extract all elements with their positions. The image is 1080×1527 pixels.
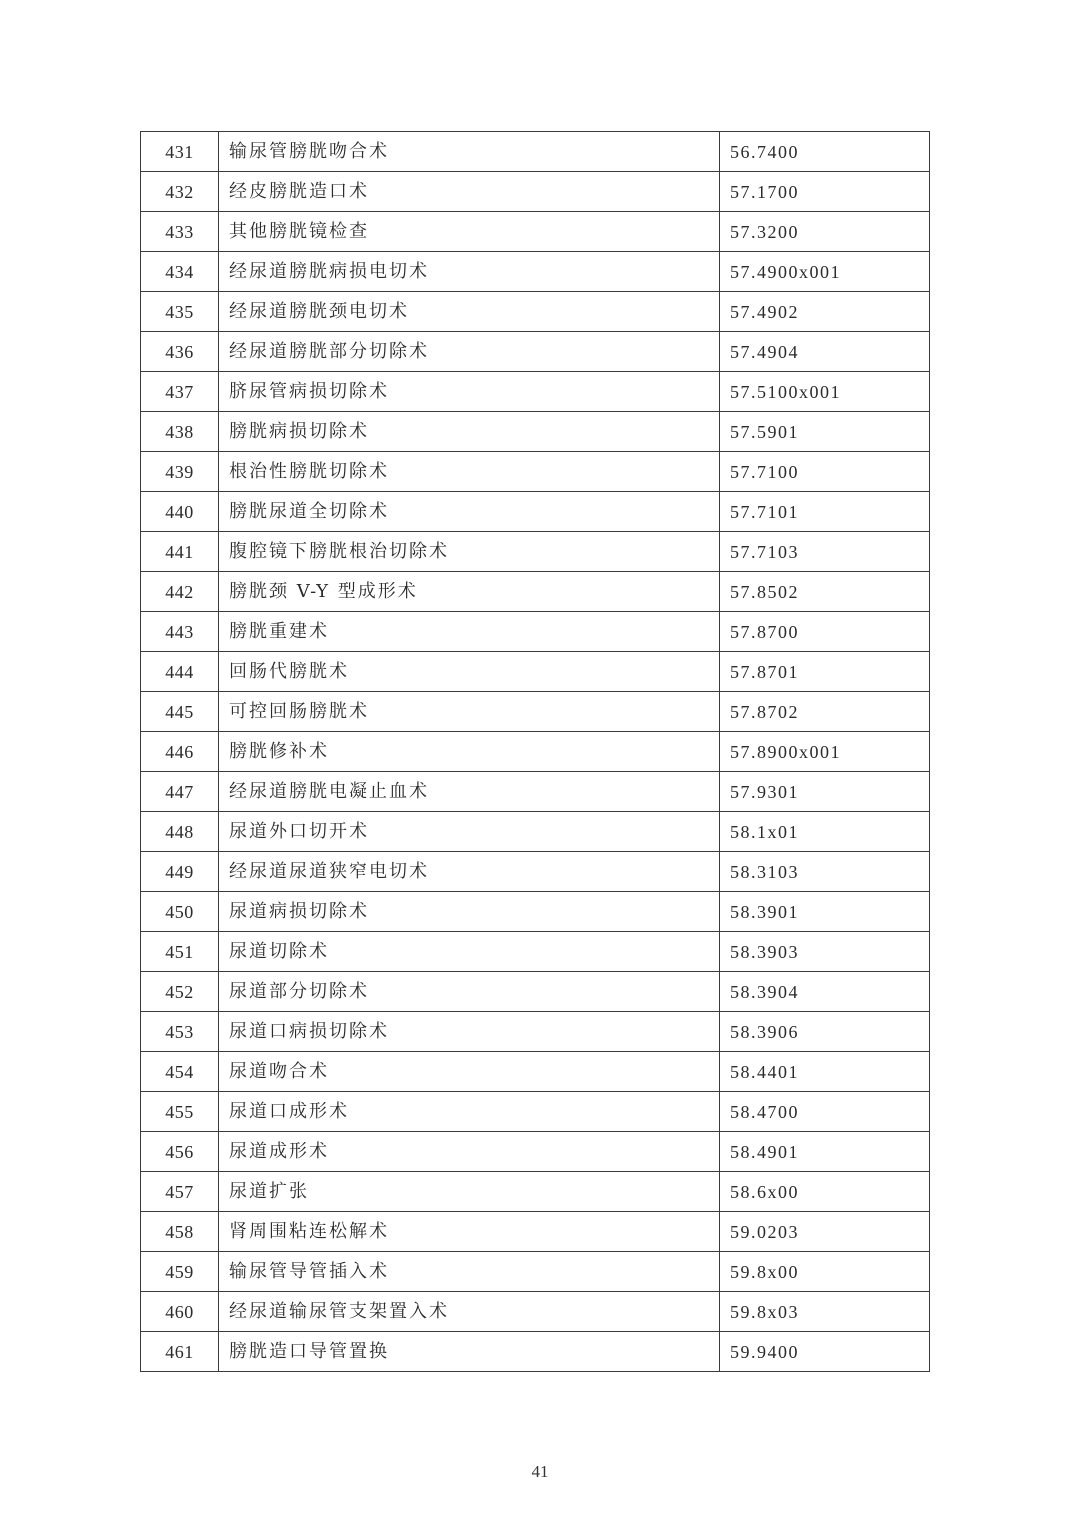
row-number-cell: 432 bbox=[141, 172, 219, 212]
procedure-code-cell: 59.9400 bbox=[720, 1332, 930, 1372]
row-number-cell: 436 bbox=[141, 332, 219, 372]
procedure-name-cell: 膀胱病损切除术 bbox=[219, 412, 720, 452]
row-number-cell: 444 bbox=[141, 652, 219, 692]
page-number: 41 bbox=[0, 1462, 1080, 1482]
procedure-code-cell: 58.3903 bbox=[720, 932, 930, 972]
row-number-cell: 450 bbox=[141, 892, 219, 932]
procedure-code-cell: 58.4901 bbox=[720, 1132, 930, 1172]
table-row: 435经尿道膀胱颈电切术57.4902 bbox=[141, 292, 930, 332]
procedure-name-cell: 尿道部分切除术 bbox=[219, 972, 720, 1012]
document-page: 431输尿管膀胱吻合术56.7400432经皮膀胱造口术57.1700433其他… bbox=[0, 0, 1080, 1527]
procedure-code-cell: 58.3901 bbox=[720, 892, 930, 932]
procedure-code-cell: 56.7400 bbox=[720, 132, 930, 172]
table-row: 434经尿道膀胱病损电切术57.4900x001 bbox=[141, 252, 930, 292]
procedure-code-cell: 57.1700 bbox=[720, 172, 930, 212]
procedure-code-cell: 57.7103 bbox=[720, 532, 930, 572]
table-row: 452尿道部分切除术58.3904 bbox=[141, 972, 930, 1012]
procedure-code-cell: 57.4902 bbox=[720, 292, 930, 332]
table-row: 446膀胱修补术57.8900x001 bbox=[141, 732, 930, 772]
row-number-cell: 438 bbox=[141, 412, 219, 452]
table-row: 454尿道吻合术58.4401 bbox=[141, 1052, 930, 1092]
procedure-name-cell: 输尿管导管插入术 bbox=[219, 1252, 720, 1292]
row-number-cell: 460 bbox=[141, 1292, 219, 1332]
table-row: 441腹腔镜下膀胱根治切除术57.7103 bbox=[141, 532, 930, 572]
row-number-cell: 437 bbox=[141, 372, 219, 412]
procedure-name-cell: 可控回肠膀胱术 bbox=[219, 692, 720, 732]
procedure-code-cell: 58.4700 bbox=[720, 1092, 930, 1132]
procedure-code-cell: 59.0203 bbox=[720, 1212, 930, 1252]
row-number-cell: 454 bbox=[141, 1052, 219, 1092]
procedure-code-cell: 59.8x03 bbox=[720, 1292, 930, 1332]
table-row: 442膀胱颈 V-Y 型成形术57.8502 bbox=[141, 572, 930, 612]
row-number-cell: 452 bbox=[141, 972, 219, 1012]
procedure-code-cell: 58.3103 bbox=[720, 852, 930, 892]
row-number-cell: 439 bbox=[141, 452, 219, 492]
procedure-code-cell: 57.4900x001 bbox=[720, 252, 930, 292]
row-number-cell: 442 bbox=[141, 572, 219, 612]
row-number-cell: 453 bbox=[141, 1012, 219, 1052]
procedure-name-cell: 膀胱修补术 bbox=[219, 732, 720, 772]
row-number-cell: 457 bbox=[141, 1172, 219, 1212]
procedure-name-cell: 尿道病损切除术 bbox=[219, 892, 720, 932]
table-row: 453尿道口病损切除术58.3906 bbox=[141, 1012, 930, 1052]
procedure-code-cell: 57.8702 bbox=[720, 692, 930, 732]
procedure-name-cell: 膀胱颈 V-Y 型成形术 bbox=[219, 572, 720, 612]
row-number-cell: 461 bbox=[141, 1332, 219, 1372]
procedure-name-cell: 经尿道输尿管支架置入术 bbox=[219, 1292, 720, 1332]
table-row: 443膀胱重建术57.8700 bbox=[141, 612, 930, 652]
procedure-name-cell: 尿道成形术 bbox=[219, 1132, 720, 1172]
row-number-cell: 448 bbox=[141, 812, 219, 852]
table-row: 436经尿道膀胱部分切除术57.4904 bbox=[141, 332, 930, 372]
table-row: 448尿道外口切开术58.1x01 bbox=[141, 812, 930, 852]
procedure-code-cell: 58.1x01 bbox=[720, 812, 930, 852]
procedure-name-cell: 经尿道膀胱部分切除术 bbox=[219, 332, 720, 372]
procedure-name-cell: 尿道吻合术 bbox=[219, 1052, 720, 1092]
procedure-name-cell: 膀胱尿道全切除术 bbox=[219, 492, 720, 532]
procedure-code-cell: 57.8502 bbox=[720, 572, 930, 612]
row-number-cell: 446 bbox=[141, 732, 219, 772]
procedure-name-cell: 尿道切除术 bbox=[219, 932, 720, 972]
procedure-name-cell: 经尿道膀胱颈电切术 bbox=[219, 292, 720, 332]
table-row: 449经尿道尿道狭窄电切术58.3103 bbox=[141, 852, 930, 892]
table-row: 444回肠代膀胱术57.8701 bbox=[141, 652, 930, 692]
procedure-name-cell: 根治性膀胱切除术 bbox=[219, 452, 720, 492]
procedure-name-cell: 膀胱造口导管置换 bbox=[219, 1332, 720, 1372]
table-row: 440膀胱尿道全切除术57.7101 bbox=[141, 492, 930, 532]
procedure-code-cell: 58.6x00 bbox=[720, 1172, 930, 1212]
procedure-name-cell: 脐尿管病损切除术 bbox=[219, 372, 720, 412]
row-number-cell: 445 bbox=[141, 692, 219, 732]
procedure-name-cell: 经尿道膀胱病损电切术 bbox=[219, 252, 720, 292]
procedure-name-cell: 经尿道膀胱电凝止血术 bbox=[219, 772, 720, 812]
row-number-cell: 455 bbox=[141, 1092, 219, 1132]
table-row: 460经尿道输尿管支架置入术59.8x03 bbox=[141, 1292, 930, 1332]
procedure-code-cell: 57.5100x001 bbox=[720, 372, 930, 412]
procedure-code-cell: 57.7101 bbox=[720, 492, 930, 532]
procedure-code-cell: 58.4401 bbox=[720, 1052, 930, 1092]
table-row: 451尿道切除术58.3903 bbox=[141, 932, 930, 972]
procedure-name-cell: 其他膀胱镜检查 bbox=[219, 212, 720, 252]
table-row: 459输尿管导管插入术59.8x00 bbox=[141, 1252, 930, 1292]
procedure-name-cell: 经尿道尿道狭窄电切术 bbox=[219, 852, 720, 892]
procedure-name-cell: 尿道口病损切除术 bbox=[219, 1012, 720, 1052]
row-number-cell: 456 bbox=[141, 1132, 219, 1172]
procedure-table-body: 431输尿管膀胱吻合术56.7400432经皮膀胱造口术57.1700433其他… bbox=[141, 132, 930, 1372]
row-number-cell: 433 bbox=[141, 212, 219, 252]
procedure-name-cell: 肾周围粘连松解术 bbox=[219, 1212, 720, 1252]
procedure-name-cell: 尿道口成形术 bbox=[219, 1092, 720, 1132]
table-row: 455尿道口成形术58.4700 bbox=[141, 1092, 930, 1132]
table-row: 431输尿管膀胱吻合术56.7400 bbox=[141, 132, 930, 172]
table-row: 439根治性膀胱切除术57.7100 bbox=[141, 452, 930, 492]
procedure-name-cell: 回肠代膀胱术 bbox=[219, 652, 720, 692]
row-number-cell: 440 bbox=[141, 492, 219, 532]
table-row: 447经尿道膀胱电凝止血术57.9301 bbox=[141, 772, 930, 812]
procedure-name-cell: 尿道外口切开术 bbox=[219, 812, 720, 852]
row-number-cell: 459 bbox=[141, 1252, 219, 1292]
row-number-cell: 434 bbox=[141, 252, 219, 292]
table-row: 432经皮膀胱造口术57.1700 bbox=[141, 172, 930, 212]
procedure-table: 431输尿管膀胱吻合术56.7400432经皮膀胱造口术57.1700433其他… bbox=[140, 131, 930, 1372]
row-number-cell: 449 bbox=[141, 852, 219, 892]
row-number-cell: 447 bbox=[141, 772, 219, 812]
table-row: 456尿道成形术58.4901 bbox=[141, 1132, 930, 1172]
table-row: 437脐尿管病损切除术57.5100x001 bbox=[141, 372, 930, 412]
table-row: 445可控回肠膀胱术57.8702 bbox=[141, 692, 930, 732]
procedure-code-cell: 57.8700 bbox=[720, 612, 930, 652]
row-number-cell: 458 bbox=[141, 1212, 219, 1252]
procedure-code-cell: 57.3200 bbox=[720, 212, 930, 252]
row-number-cell: 441 bbox=[141, 532, 219, 572]
procedure-code-cell: 58.3906 bbox=[720, 1012, 930, 1052]
row-number-cell: 435 bbox=[141, 292, 219, 332]
table-row: 457尿道扩张58.6x00 bbox=[141, 1172, 930, 1212]
table-row: 458肾周围粘连松解术59.0203 bbox=[141, 1212, 930, 1252]
procedure-name-cell: 经皮膀胱造口术 bbox=[219, 172, 720, 212]
procedure-code-cell: 58.3904 bbox=[720, 972, 930, 1012]
procedure-name-cell: 尿道扩张 bbox=[219, 1172, 720, 1212]
table-row: 433其他膀胱镜检查57.3200 bbox=[141, 212, 930, 252]
procedure-code-cell: 57.5901 bbox=[720, 412, 930, 452]
table-row: 438膀胱病损切除术57.5901 bbox=[141, 412, 930, 452]
procedure-code-cell: 57.9301 bbox=[720, 772, 930, 812]
table-row: 461膀胱造口导管置换59.9400 bbox=[141, 1332, 930, 1372]
procedure-name-cell: 输尿管膀胱吻合术 bbox=[219, 132, 720, 172]
row-number-cell: 431 bbox=[141, 132, 219, 172]
procedure-code-cell: 57.4904 bbox=[720, 332, 930, 372]
procedure-name-cell: 膀胱重建术 bbox=[219, 612, 720, 652]
table-row: 450尿道病损切除术58.3901 bbox=[141, 892, 930, 932]
procedure-code-cell: 57.7100 bbox=[720, 452, 930, 492]
procedure-name-cell: 腹腔镜下膀胱根治切除术 bbox=[219, 532, 720, 572]
procedure-code-cell: 57.8701 bbox=[720, 652, 930, 692]
procedure-code-cell: 57.8900x001 bbox=[720, 732, 930, 772]
row-number-cell: 443 bbox=[141, 612, 219, 652]
row-number-cell: 451 bbox=[141, 932, 219, 972]
procedure-code-cell: 59.8x00 bbox=[720, 1252, 930, 1292]
